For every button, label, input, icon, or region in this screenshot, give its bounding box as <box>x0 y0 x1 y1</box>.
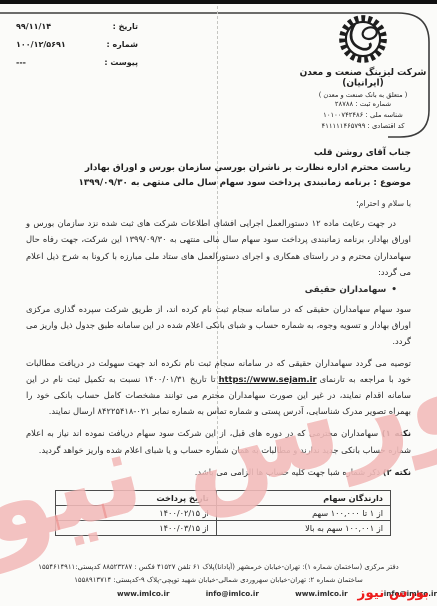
date-row: تاریخ : ۹۹/۱۱/۱۴ <box>16 22 138 31</box>
paragraph-intro: در جهت رعایت ماده ۱۲ دستورالعمل اجرایی ا… <box>26 215 411 279</box>
salutation: با سلام و احترام؛ <box>26 199 411 208</box>
cell-paydate-1: از ۱۴۰۰/۰۲/۱۵ <box>56 505 217 520</box>
paragraph-sejam-registered: سود سهام سهامداران حقیقی که در سامانه سج… <box>26 301 411 349</box>
scanned-letter-page: تاریخ : ۹۹/۱۱/۱۴ شماره : ۱۰۰/۱۲/۵۶۹۱ پیو… <box>0 0 437 606</box>
note-2-label: نکته ۲) <box>383 467 411 477</box>
top-scan-edge <box>0 0 437 4</box>
attachment-row: پیوست : --- <box>16 58 138 67</box>
table-row: از ۱۰۰,۰۰۱ سهم به بالا از ۱۴۰۰/۰۳/۱۵ <box>56 520 391 535</box>
cell-holders-1: از ۱ تا ۱۰۰,۰۰۰ سهم <box>216 505 390 520</box>
table-row: از ۱ تا ۱۰۰,۰۰۰ سهم از ۱۴۰۰/۰۲/۱۵ <box>56 505 391 520</box>
date-label: تاریخ : <box>113 22 138 31</box>
note-2: نکته ۲) ذکر شماره شبا جهت کلیه حساب ها ا… <box>26 464 411 480</box>
company-subtitle: ( متعلق به بانک صنعت و معدن ) <box>299 91 427 99</box>
company-economic-code: کد اقتصادی : ۴۱۱۱۱۱۴۶۵۷۹۹ <box>299 121 427 132</box>
note-1-text: سهامداران محترمی که در دوره های قبل، از … <box>26 428 411 454</box>
attachment-value: --- <box>16 58 26 67</box>
footer-address-1: دفتر مرکزی (ساختمان شماره ۱): تهران-خیاب… <box>0 561 437 573</box>
letter-subject: موضوع : برنامه زمانبندی پرداخت سود سهام … <box>26 176 411 191</box>
attachment-label: پیوست : <box>104 58 138 67</box>
bourse-news-brand-label: بورس نیوز <box>358 585 429 601</box>
company-national-id: شناسه ملی : ۱۰۱۰۰۷۴۲۴۸۶ <box>299 110 427 121</box>
date-value: ۹۹/۱۱/۱۴ <box>16 22 51 31</box>
letter-body: جناب آقای روشن قلب ریاست محترم اداره نظا… <box>26 146 411 536</box>
footer-website-link[interactable]: www.imlco.ir <box>117 589 170 598</box>
number-row: شماره : ۱۰۰/۱۲/۵۶۹۱ <box>16 40 138 49</box>
recipient-name: جناب آقای روشن قلب <box>26 146 411 161</box>
recipient-block: جناب آقای روشن قلب ریاست محترم اداره نظا… <box>26 146 411 191</box>
cell-holders-2: از ۱۰۰,۰۰۱ سهم به بالا <box>216 520 390 535</box>
note-1: نکته ۱) سهامداران محترمی که در دوره های … <box>26 425 411 457</box>
bullet-icon: • <box>391 285 397 295</box>
cell-paydate-2: از ۱۴۰۰/۰۳/۱۵ <box>56 520 217 535</box>
section-heading-label: سهامداران حقیقی <box>305 285 386 295</box>
sejam-url-link[interactable]: https://www.sejam.ir <box>219 374 317 384</box>
company-letterhead: شرکت لیزینگ صنعت و معدن (ایرانیان) ( متع… <box>299 12 427 133</box>
recipient-title: ریاست محترم اداره نظارت بر ناشران بورسی … <box>26 161 411 176</box>
company-name: شرکت لیزینگ صنعت و معدن (ایرانیان) <box>299 68 427 89</box>
footer-website-link[interactable]: www.imlco.ir <box>295 589 348 598</box>
footer-email-link[interactable]: info@imlco.ir <box>206 589 259 598</box>
company-registration-number: شماره ثبت : ۲۸۷۸۸ <box>299 99 427 110</box>
note-2-text: ذکر شماره شبا جهت کلیه حساب ها الزامی می… <box>195 467 380 477</box>
section-heading-real-shareholders: •سهامداران حقیقی <box>26 285 397 295</box>
note-1-label: نکته ۱) <box>382 428 411 438</box>
number-value: ۱۰۰/۱۲/۵۶۹۱ <box>16 40 66 49</box>
header-shareholders: دارندگان سهام <box>216 490 390 505</box>
number-label: شماره : <box>106 40 138 49</box>
dividend-schedule-table: دارندگان سهام تاریخ پرداخت از ۱ تا ۱۰۰,۰… <box>55 490 391 536</box>
letter-meta-block: تاریخ : ۹۹/۱۱/۱۴ شماره : ۱۰۰/۱۲/۵۶۹۱ پیو… <box>16 22 138 76</box>
company-gear-logo-icon <box>336 12 390 66</box>
header-payment-date: تاریخ پرداخت <box>56 490 217 505</box>
table-header-row: دارندگان سهام تاریخ پرداخت <box>56 490 391 505</box>
paragraph-sejam-advice: توصیه می گردد سهامداران حقیقی که در ساما… <box>26 355 411 419</box>
